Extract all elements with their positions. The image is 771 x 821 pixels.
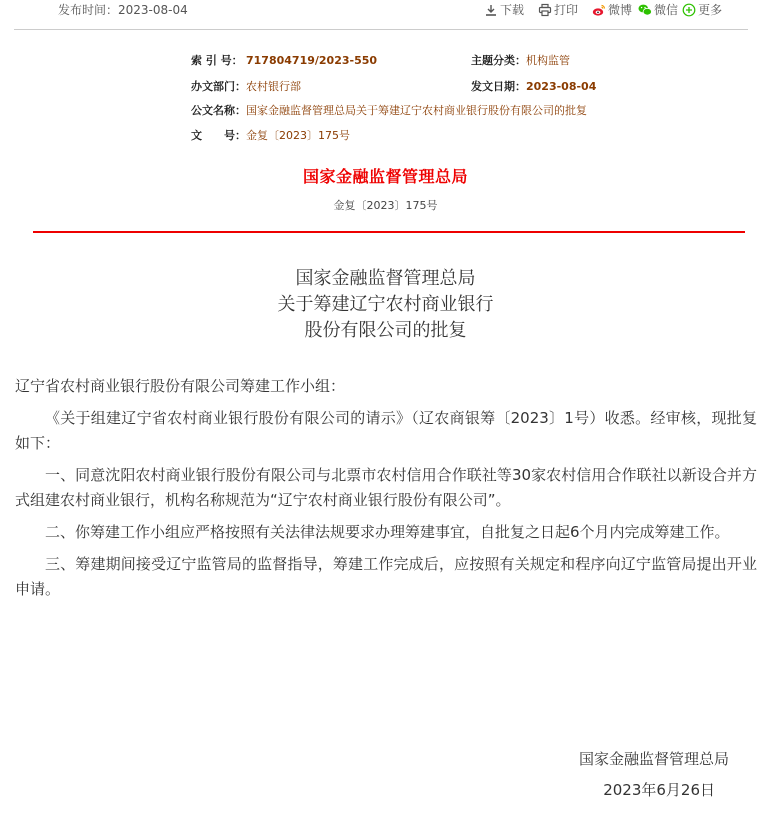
title-line-3: 股份有限公司的批复 bbox=[0, 318, 771, 344]
top-bar: 发布时间：2023-08-04 下载 打印 微博 微信 更多 bbox=[0, 0, 771, 30]
paragraph: 三、筹建期间接受辽宁监管局的监督指导，筹建工作完成后，应按照有关规定和程序向辽宁… bbox=[15, 552, 757, 602]
signature-date: 2023年6月26日 bbox=[603, 779, 715, 800]
meta-topic-row: 主题分类： 机构监管 bbox=[471, 53, 570, 69]
paragraph: 一、同意沈阳农村商业银行股份有限公司与北票市农村信用合作联社等30家农村信用合作… bbox=[15, 463, 757, 513]
document-title: 国家金融监督管理总局 关于筹建辽宁农村商业银行 股份有限公司的批复 bbox=[0, 266, 771, 344]
print-button[interactable]: 打印 bbox=[538, 2, 578, 18]
paragraph: 二、你筹建工作小组应严格按照有关法律法规要求办理筹建事宜，自批复之日起6个月内完… bbox=[15, 520, 757, 545]
meta-docno-value: 金复〔2023〕175号 bbox=[246, 128, 350, 144]
wechat-label: 微信 bbox=[654, 2, 678, 18]
paragraph: 《关于组建辽宁省农村商业银行股份有限公司的请示》（辽农商银筹〔2023〕1号）收… bbox=[15, 406, 757, 456]
title-line-2: 关于筹建辽宁农村商业银行 bbox=[0, 292, 771, 318]
meta-date-row: 发文日期： 2023-08-04 bbox=[471, 79, 596, 95]
download-label: 下载 bbox=[500, 2, 524, 18]
weibo-icon bbox=[592, 3, 606, 17]
letterhead-red-rule bbox=[33, 231, 745, 233]
meta-dept-row: 办文部门： 农村银行部 bbox=[191, 79, 301, 95]
publish-time: 发布时间：2023-08-04 bbox=[58, 2, 188, 18]
salutation: 辽宁省农村商业银行股份有限公司筹建工作小组： bbox=[15, 374, 757, 399]
print-icon bbox=[538, 3, 552, 17]
weibo-label: 微博 bbox=[608, 2, 632, 18]
download-icon bbox=[484, 3, 498, 17]
download-button[interactable]: 下载 bbox=[484, 2, 524, 18]
print-label: 打印 bbox=[554, 2, 578, 18]
meta-name-value: 国家金融监督管理总局关于筹建辽宁农村商业银行股份有限公司的批复 bbox=[246, 103, 587, 119]
share-toolbar: 下载 打印 微博 微信 更多 bbox=[484, 2, 736, 18]
meta-index-label: 索 引 号： bbox=[191, 53, 246, 69]
signature: 国家金融监督管理总局 bbox=[579, 748, 729, 769]
meta-topic-value: 机构监管 bbox=[526, 53, 570, 69]
header-divider bbox=[14, 29, 748, 30]
letterhead-org: 国家金融监督管理总局 bbox=[0, 164, 771, 187]
wechat-share-button[interactable]: 微信 bbox=[638, 2, 678, 18]
meta-docno-label: 文 号： bbox=[191, 128, 246, 144]
more-label: 更多 bbox=[698, 2, 722, 18]
meta-docno-row: 文 号： 金复〔2023〕175号 bbox=[191, 128, 350, 144]
meta-name-row: 公文名称： 国家金融监督管理总局关于筹建辽宁农村商业银行股份有限公司的批复 bbox=[191, 103, 587, 119]
meta-date-value: 2023-08-04 bbox=[526, 79, 596, 95]
meta-dept-label: 办文部门： bbox=[191, 79, 246, 95]
meta-topic-label: 主题分类： bbox=[471, 53, 526, 69]
plus-circle-icon bbox=[682, 3, 696, 17]
publish-time-label: 发布时间： bbox=[58, 3, 118, 17]
letterhead-docno: 金复〔2023〕175号 bbox=[0, 197, 771, 213]
title-line-1: 国家金融监督管理总局 bbox=[0, 266, 771, 292]
meta-name-label: 公文名称： bbox=[191, 103, 246, 119]
meta-date-label: 发文日期： bbox=[471, 79, 526, 95]
wechat-icon bbox=[638, 3, 652, 17]
meta-index-row: 索 引 号： 717804719/2023-550 bbox=[191, 53, 377, 69]
document-body: 辽宁省农村商业银行股份有限公司筹建工作小组： 《关于组建辽宁省农村商业银行股份有… bbox=[15, 374, 757, 609]
more-share-button[interactable]: 更多 bbox=[682, 2, 722, 18]
meta-dept-value: 农村银行部 bbox=[246, 79, 301, 95]
weibo-share-button[interactable]: 微博 bbox=[592, 2, 632, 18]
publish-time-value: 2023-08-04 bbox=[118, 3, 188, 17]
meta-index-value: 717804719/2023-550 bbox=[246, 53, 377, 69]
